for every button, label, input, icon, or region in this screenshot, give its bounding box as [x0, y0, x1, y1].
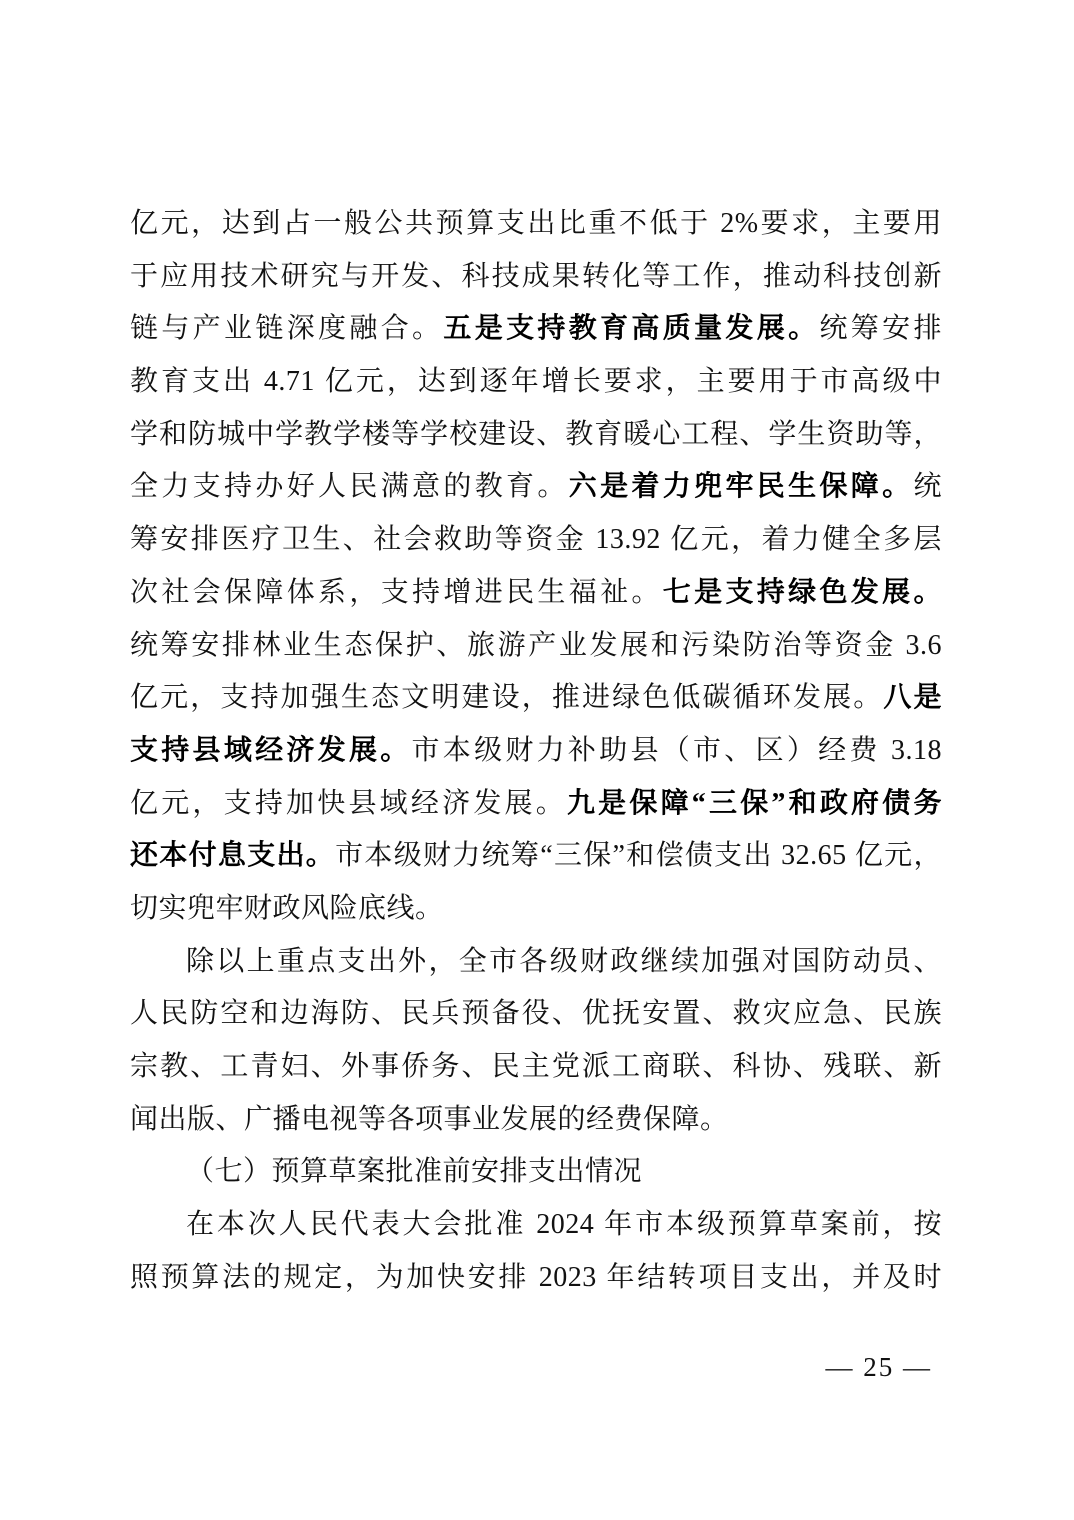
text-segment: 亿元，达到占一般公共预算支出比重不低于 2%要求，主要用: [130, 208, 942, 239]
text-segment: 还本付息支出。: [130, 840, 335, 871]
text-segment: 七是支持绿色发展。: [663, 577, 942, 608]
text-segment: 市本级财力补助县（市、区）经费 3.18: [412, 735, 942, 766]
text-line: 于应用技术研究与开发、科技成果转化等工作，推动科技创新: [130, 251, 942, 304]
text-segment: 五是支持教育高质量发展。: [443, 313, 819, 344]
text-segment: 全力支持办好人民满意的教育。: [130, 471, 569, 502]
text-segment: 九是保障“三保”和政府债务: [567, 788, 942, 819]
document-body: 亿元，达到占一般公共预算支出比重不低于 2%要求，主要用于应用技术研究与开发、科…: [130, 198, 942, 1304]
text-segment: 链与产业链深度融合。: [130, 313, 443, 344]
text-line: 在本次人民代表大会批准 2024 年市本级预算草案前，按: [130, 1199, 942, 1252]
text-segment: 市本级财力统筹“三保”和偿债支出 32.65 亿元，: [335, 840, 942, 871]
text-segment: 教育支出 4.71 亿元，达到逐年增长要求，主要用于市高级中: [130, 366, 942, 397]
text-line: 宗教、工青妇、外事侨务、民主党派工商联、科协、残联、新: [130, 1041, 942, 1094]
text-line: （七）预算草案批准前安排支出情况: [130, 1146, 942, 1199]
text-line: 筹安排医疗卫生、社会救助等资金 13.92 亿元，着力健全多层: [130, 514, 942, 567]
text-segment: 筹安排医疗卫生、社会救助等资金 13.92 亿元，着力健全多层: [130, 524, 942, 555]
text-line: 次社会保障体系，支持增进民生福祉。七是支持绿色发展。: [130, 567, 942, 620]
text-segment: 于应用技术研究与开发、科技成果转化等工作，推动科技创新: [130, 261, 942, 292]
text-segment: 六是着力兜牢民生保障。: [569, 471, 914, 502]
document-page: 亿元，达到占一般公共预算支出比重不低于 2%要求，主要用于应用技术研究与开发、科…: [0, 0, 1074, 1520]
text-line: 全力支持办好人民满意的教育。六是着力兜牢民生保障。统: [130, 461, 942, 514]
text-segment: 宗教、工青妇、外事侨务、民主党派工商联、科协、残联、新: [130, 1051, 942, 1082]
text-line: 亿元，达到占一般公共预算支出比重不低于 2%要求，主要用: [130, 198, 942, 251]
text-segment: 支持县域经济发展。: [130, 735, 412, 766]
text-line: 切实兜牢财政风险底线。: [130, 883, 942, 936]
text-segment: 切实兜牢财政风险底线。: [130, 893, 444, 924]
text-segment: 次社会保障体系，支持增进民生福祉。: [130, 577, 663, 608]
text-segment: 除以上重点支出外，全市各级财政继续加强对国防动员、: [186, 946, 942, 977]
text-segment: 闻出版、广播电视等各项事业发展的经费保障。: [130, 1104, 729, 1135]
text-segment: 统筹安排林业生态保护、旅游产业发展和污染防治等资金 3.6: [130, 630, 942, 661]
text-segment: 在本次人民代表大会批准 2024 年市本级预算草案前，按: [186, 1209, 942, 1240]
text-segment: 学和防城中学教学楼等学校建设、教育暖心工程、学生资助等，: [130, 419, 942, 450]
text-line: 亿元，支持加强生态文明建设，推进绿色低碳循环发展。八是: [130, 672, 942, 725]
text-line: 统筹安排林业生态保护、旅游产业发展和污染防治等资金 3.6: [130, 620, 942, 673]
text-line: 照预算法的规定，为加快安排 2023 年结转项目支出，并及时: [130, 1252, 942, 1305]
text-line: 闻出版、广播电视等各项事业发展的经费保障。: [130, 1094, 942, 1147]
text-segment: 统: [913, 471, 942, 502]
text-segment: 统筹安排: [819, 313, 942, 344]
text-segment: 照预算法的规定，为加快安排 2023 年结转项目支出，并及时: [130, 1262, 942, 1293]
text-line: 支持县域经济发展。市本级财力补助县（市、区）经费 3.18: [130, 725, 942, 778]
text-line: 链与产业链深度融合。五是支持教育高质量发展。统筹安排: [130, 303, 942, 356]
text-line: 学和防城中学教学楼等学校建设、教育暖心工程、学生资助等，: [130, 409, 942, 462]
page-number: — 25 —: [826, 1352, 933, 1383]
text-segment: 亿元，支持加快县域经济发展。: [130, 788, 567, 819]
text-segment: 人民防空和边海防、民兵预备役、优抚安置、救灾应急、民族: [130, 998, 942, 1029]
text-line: 亿元，支持加快县域经济发展。九是保障“三保”和政府债务: [130, 778, 942, 831]
text-line: 教育支出 4.71 亿元，达到逐年增长要求，主要用于市高级中: [130, 356, 942, 409]
text-line: 人民防空和边海防、民兵预备役、优抚安置、救灾应急、民族: [130, 988, 942, 1041]
text-segment: 八是: [883, 682, 942, 713]
text-line: 还本付息支出。市本级财力统筹“三保”和偿债支出 32.65 亿元，: [130, 830, 942, 883]
text-segment: （七）预算草案批准前安排支出情况: [186, 1156, 642, 1187]
text-segment: 亿元，支持加强生态文明建设，推进绿色低碳循环发展。: [130, 682, 883, 713]
text-line: 除以上重点支出外，全市各级财政继续加强对国防动员、: [130, 936, 942, 989]
